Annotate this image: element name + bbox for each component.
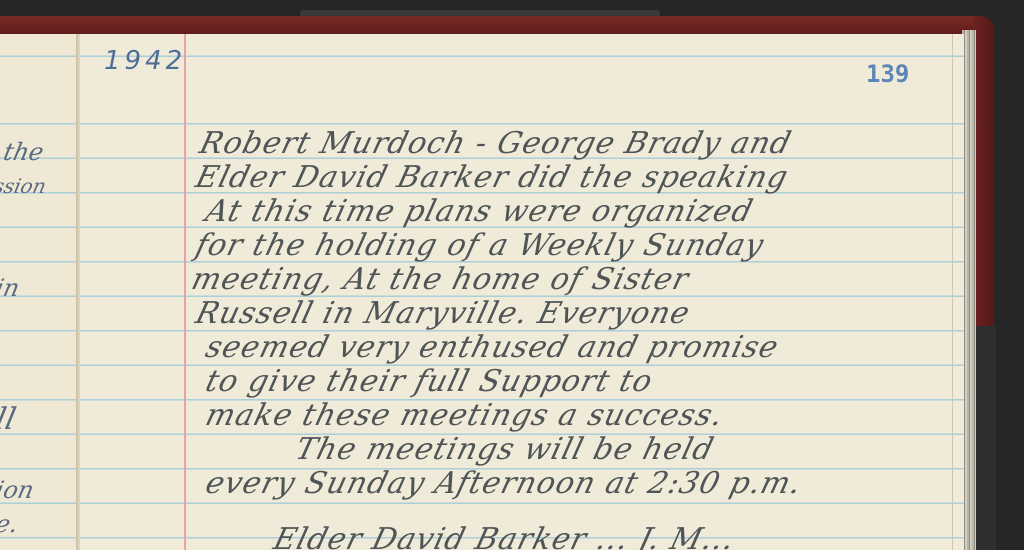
margin-line <box>184 34 186 550</box>
page-number: 139 <box>866 60 909 88</box>
book-cover-right-edge <box>974 16 994 328</box>
handwritten-line: seemed very enthused and promise <box>202 330 783 365</box>
left-page-fragment: ion <box>0 476 37 504</box>
handwritten-line: every Sunday Afternoon at 2:30 p.m. <box>202 466 806 501</box>
year-annotation: 1942 <box>104 46 186 76</box>
left-page-fragment: the <box>1 138 46 166</box>
handwritten-line: Russell in Maryville. Everyone <box>192 296 694 331</box>
page-edge-line <box>952 34 953 550</box>
handwritten-line-partial: Elder David Barker ... J. M... <box>270 522 739 550</box>
handwritten-line: The meetings will be held <box>292 432 718 467</box>
handwritten-line: meeting, At the home of Sister <box>188 262 693 297</box>
handwritten-line: Elder David Barker did the speaking <box>192 160 792 195</box>
photo-background: the ssion in ll ion e. 1942 139 Robert M… <box>0 0 1024 550</box>
book-cover-top-edge <box>0 16 990 36</box>
handwritten-line: Robert Murdoch - George Brady and <box>196 126 795 161</box>
book-cover-corner-cloth <box>976 326 996 550</box>
right-page: 1942 139 Robert Murdoch - George Brady a… <box>80 34 964 550</box>
handwritten-line: for the holding of a Weekly Sunday <box>192 228 768 263</box>
handwritten-line: At this time plans were organized <box>202 194 757 229</box>
left-page: the ssion in ll ion e. <box>0 34 78 550</box>
page-block-edges <box>962 30 976 550</box>
left-page-fragment: ssion <box>0 174 48 198</box>
handwritten-line: to give their full Support to <box>202 364 657 399</box>
handwritten-line: make these meetings a success. <box>202 398 727 433</box>
